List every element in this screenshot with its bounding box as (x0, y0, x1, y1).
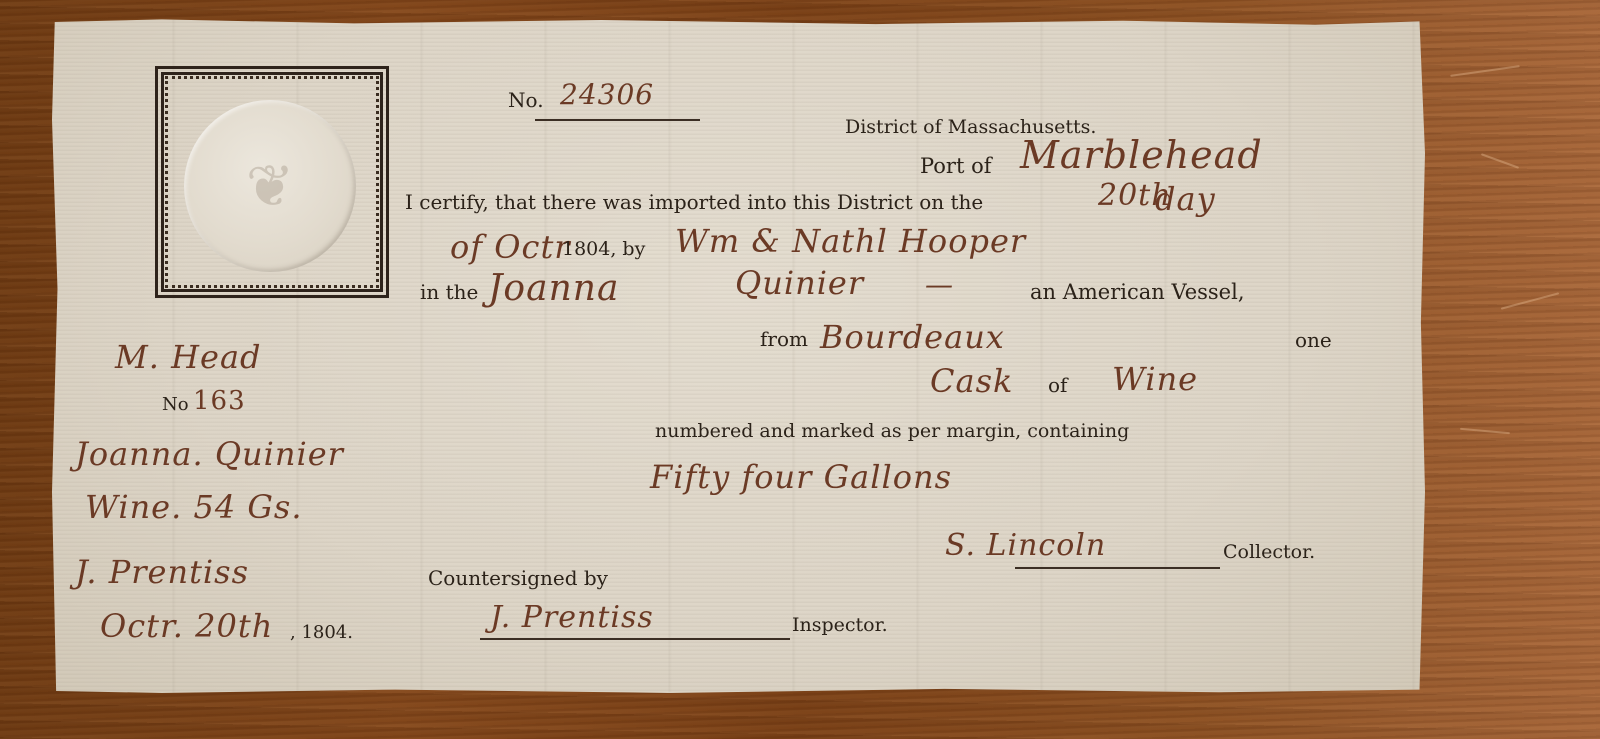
collector-label: Collector. (1223, 541, 1315, 563)
wood-scratch (1460, 428, 1510, 434)
margin-number: 163 (193, 386, 246, 416)
embossed-seal: ❦ (184, 100, 356, 272)
contents-quantity: Fifty four Gallons (650, 458, 952, 496)
vessel-prefix: in the (420, 280, 478, 304)
container-type: Cask (930, 362, 1013, 400)
certify-text: I certify, that there was imported into … (405, 190, 983, 214)
wood-scratch (1450, 65, 1520, 77)
margin-date: Octr. 20th (100, 607, 273, 645)
vessel-name: Joanna (488, 268, 619, 309)
origin-port: Bourdeaux (820, 318, 1005, 356)
inspector-label: Inspector. (792, 614, 888, 636)
from-label: from (760, 327, 808, 351)
port-value: Marblehead (1020, 133, 1263, 177)
goods-type: Wine (1112, 360, 1198, 398)
vessel-dash: — (925, 268, 954, 301)
importer-name: Wm & Nathl Hooper (675, 222, 1026, 260)
number-label: No. (508, 88, 544, 112)
port-label: Port of (920, 154, 992, 178)
collector-signature-line (1015, 567, 1220, 569)
margin-year: , 1804. (290, 622, 353, 643)
inspector-signature: J. Prentiss (490, 600, 654, 635)
wood-scratch (1481, 153, 1519, 169)
number-underline (535, 119, 700, 121)
collector-signature: S. Lincoln (945, 528, 1106, 563)
margin-number-label: No (162, 394, 189, 415)
certificate-number: 24306 (560, 78, 654, 111)
import-month: of Octr (450, 228, 571, 266)
margin-port: M. Head (115, 338, 262, 376)
countersigned-label: Countersigned by (428, 566, 608, 590)
master-name: Quinier (735, 264, 864, 302)
eagle-emblem-icon: ❦ (246, 157, 295, 215)
inspector-signature-line (480, 638, 790, 640)
wood-scratch (1501, 292, 1559, 309)
vessel-nationality: an American Vessel, (1030, 280, 1245, 304)
marked-text: numbered and marked as per margin, conta… (655, 420, 1129, 442)
margin-inspector: J. Prentiss (75, 553, 249, 591)
margin-vessel: Joanna. Quinier (75, 435, 344, 473)
margin-contents: Wine. 54 Gs. (85, 488, 303, 526)
of-text: of (1048, 373, 1067, 397)
day-suffix: day (1155, 180, 1216, 218)
quantity-text: one (1295, 328, 1332, 352)
year-text: 1804, by (562, 238, 645, 260)
